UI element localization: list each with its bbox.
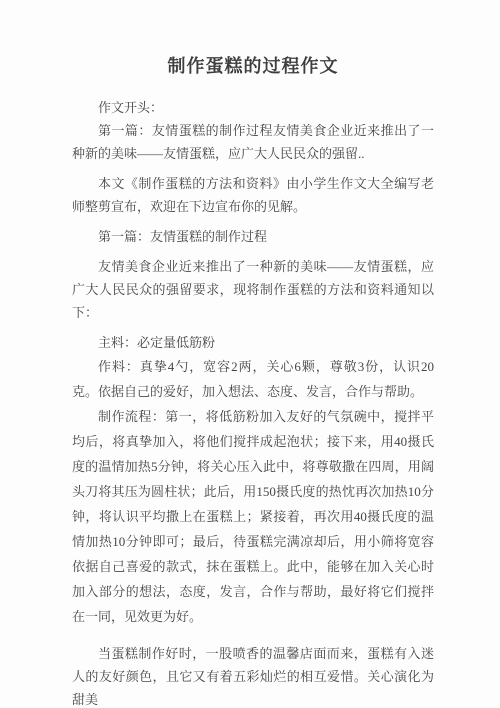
paragraph: 第一篇：友情蛋糕的制作过程友情美食企业近来推出了一种新的美味——友情蛋糕，应广大… bbox=[72, 119, 434, 165]
paragraph: 本文《制作蛋糕的方法和资料》由小学生作文大全编写老师整剪宣布，欢迎在下边宣布你的… bbox=[72, 172, 434, 218]
paragraph: 作料：真挚4勺，宽容2两，关心6颗，尊敬3份，认识20克。依据自己的爱好，加入想… bbox=[72, 354, 434, 404]
paragraph: 友情美食企业近来推出了一种新的美味——友情蛋糕，应广大人民民众的强留要求，现将制… bbox=[72, 255, 434, 324]
paragraph: 制作流程：第一，将低筋粉加入友好的气氛碗中，搅拌平均后，将真挚加入，将他们搅拌成… bbox=[72, 404, 434, 629]
paragraph: 主料：必定量低筋粉 bbox=[72, 331, 434, 354]
document-title: 制作蛋糕的过程作文 bbox=[72, 54, 434, 78]
document-page: 制作蛋糕的过程作文 作文开头：第一篇：友情蛋糕的制作过程友情美食企业近来推出了一… bbox=[0, 0, 500, 708]
document-body: 作文开头：第一篇：友情蛋糕的制作过程友情美食企业近来推出了一种新的美味——友情蛋… bbox=[72, 96, 434, 708]
paragraph: 作文开头： bbox=[72, 96, 434, 119]
paragraph: 第一篇：友情蛋糕的制作过程 bbox=[72, 225, 434, 248]
paragraph: 当蛋糕制作好时，一股喷香的温馨店面而来，蛋糕有入迷人的友好颜色，且它又有着五彩灿… bbox=[72, 642, 434, 708]
